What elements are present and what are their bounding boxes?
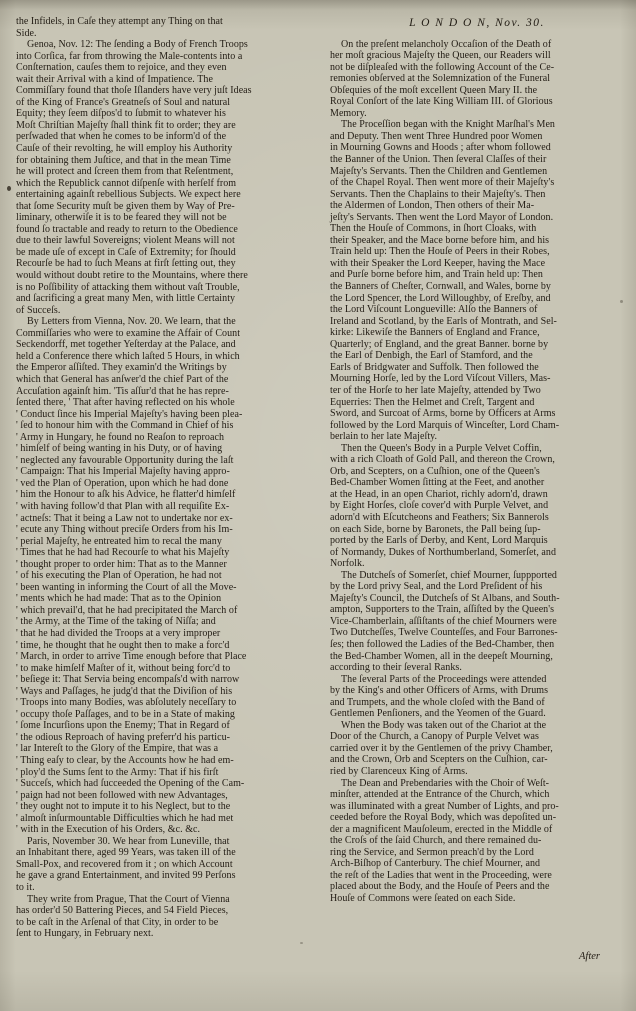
paragraph-continuation: the Infidels, in Caſe they attempt any T… [16,16,318,39]
paragraph-canopy: When the Body was taken out of the Chari… [330,720,624,778]
catchword: After [330,951,600,962]
ink-speck [620,300,623,303]
paragraph-chief-mourner: The Dutcheſs of Somerſet, chief Mourner,… [330,570,624,674]
ink-speck [300,942,303,944]
paragraph-prague: They write from Prague, That the Court o… [16,894,318,940]
right-column: L O N D O N, Nov. 30. On the preſent mel… [330,16,624,905]
page-top-shadow [0,0,636,10]
paragraph-procession: The Proceſſion began with the Knight Mar… [330,119,624,442]
paragraph-vienna-letters: By Letters from Vienna, Nov. 20. We lear… [16,316,318,836]
paragraph-officers-of-arms: The ſeveral Parts of the Proceedings wer… [330,674,624,720]
paragraph-dean-prebendaries: The Dean and Prebendaries with the Choir… [330,778,624,905]
paragraph-genoa: Genoa, Nov. 12: The ſending a Body of Fr… [16,39,318,316]
paragraph-queen-death-intro: On the preſent melancholy Occaſion of th… [330,39,624,120]
newspaper-page: the Infidels, in Caſe they attempt any T… [0,0,636,1011]
ink-speck [7,186,11,191]
paragraph-paris: Paris, November 30. We hear from Lunevil… [16,836,318,894]
london-dateline-heading: L O N D O N, Nov. 30. [330,18,624,30]
left-column: the Infidels, in Caſe they attempt any T… [16,16,318,940]
paragraph-queens-body: Then the Queen's Body in a Purple Velvet… [330,443,624,570]
